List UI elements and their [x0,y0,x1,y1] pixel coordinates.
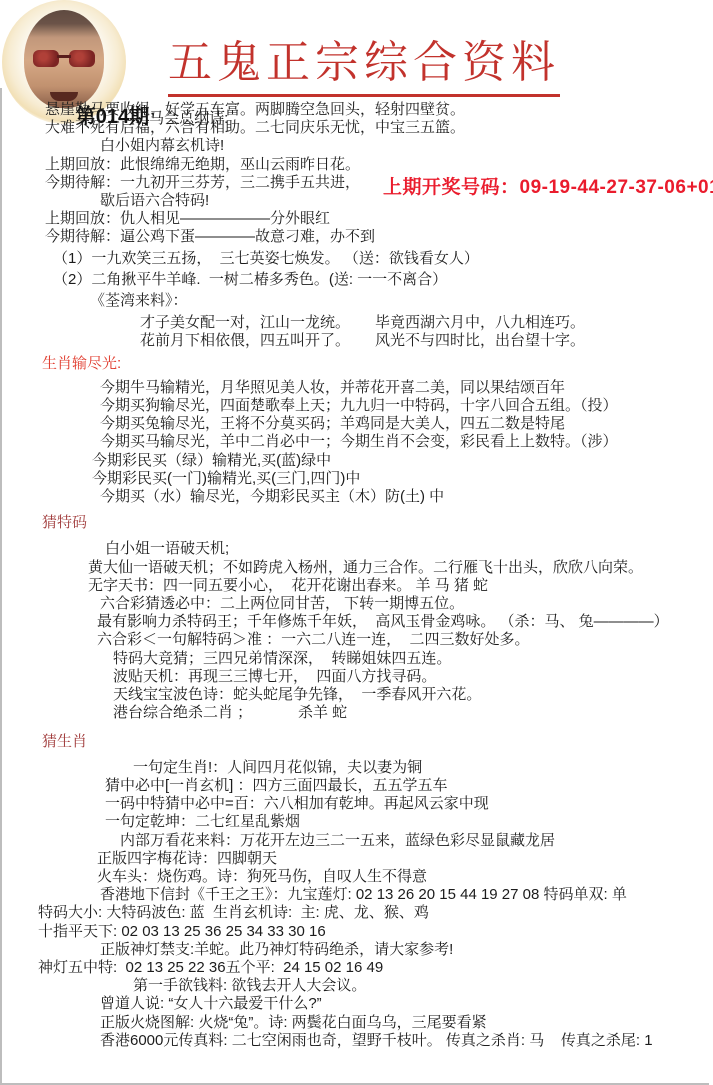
text-line: 特码大竞猜；三四兄弟情深深， 转睇姐妹四五连。 [113,650,711,668]
text-line: 无字天书：四一同五要小心， 花开花谢出春来。 羊 马 猪 蛇 [88,577,711,595]
text-line: 今期彩民买（绿）输精光,买(蓝)绿中 [92,452,711,470]
text-line: 上期回放：此恨绵绵无绝期，巫山云雨昨日花。 [45,156,711,174]
text-line: 正版火烧图解: 火烧“兔”。诗: 两鬓花白面乌乌，三尾要看紧 [100,1014,711,1032]
text-line: （1）一九欢笑三五扬， 三七英姿七焕发。 （送：欲钱看女人） [53,250,711,268]
text-line: 十指平天下: 02 03 13 25 36 25 34 33 30 16 [38,923,711,941]
text-line: 花前月下相依偎，四五叫开了。 风光不与四时比，出台望十字。 [140,332,711,350]
text-line: 今期待解：逼公鸡下蛋————故意刁难，办不到 [45,228,711,246]
text-line: 正版四字梅花诗：四脚朝天 [97,850,711,868]
text-line: 猜中必中[一肖玄机] ：四方三面四最长，五五学五车 [105,777,711,795]
text-line: 曾道人说: “女人十六最爱干什么?” [100,995,711,1013]
text-line: 波贴天机：再现三三博七开， 四面八方找寻码。 [113,668,711,686]
text-line: 歇后语六合特码! [100,192,711,210]
text-line: 生肖输尽光: [42,355,711,373]
text-line: 白小姐内幕玄机诗! [100,137,711,155]
text-line: 今期待解：一九初开三芬芳，三二携手五共进， [45,174,711,192]
text-line: 一句定乾坤：二七红星乱紫烟 [105,813,711,831]
text-line: 火车头：烧伤鸡。诗：狗死马伤，自叹人生不得意 [97,868,711,886]
text-line: 一句定生肖!：人间四月花似锦，夫以妻为铜 [133,759,711,777]
text-line: 《荃湾来料》： [90,292,711,310]
text-line: 一码中特猜中必中=百：六八相加有乾坤。再起风云家中现 [105,795,711,813]
text-line: 白小姐一语破天机; [105,540,711,558]
text-line: 第一手欲钱料: 欲钱去开人大会议。 [133,977,711,995]
text-line: 香港地下信封《千王之王》：九宝莲灯: 02 13 26 20 15 44 19 … [100,886,711,904]
text-line: 今期牛马输精光，月华照见美人妆，并蒂花开喜二美，同以果结颂百年 [100,379,711,397]
text-line: 今期买马输尽光，羊中二肖必中一；今期生肖不会变，彩民看上上数特。（涉） [100,433,711,451]
text-line: 港台综合绝杀二肖 ； 杀羊 蛇 [113,704,711,722]
text-line: （2）二角揪平牛羊峰. 一树二椿多秀色。(送: 一一不离合） [53,271,711,289]
text-line: 六合彩猜透必中：二上两位同甘苦， 下转一期博五位。 [100,595,711,613]
text-line: 今期彩民买(一门)输精光,买(三门,四门)中 [92,470,711,488]
text-line: 正版神灯禁支:羊蛇。此乃神灯特码绝杀，请大家参考! [100,941,711,959]
text-line: 才子美女配一对，江山一龙统。 毕竟西湖六月中，八九相连巧。 [140,314,711,332]
text-line: 上期回放：仇人相见——————分外眼红 [45,210,711,228]
lottery-info-sheet: 五鬼正宗综合资料 第014期马会总纲诗: 上期开奖号码：09-19-44-27-… [0,0,713,1085]
text-line: 特码大小: 大特码波色: 蓝 生肖玄机诗: 主: 虎、龙、猴、鸡 [38,904,711,922]
text-line: 今期买（水）输尽光，今期彩民买主（木）防(土) 中 [100,488,711,506]
text-line: 内部万看花来料：万花开左边三二一五来，蓝绿色彩尽显鼠藏龙居 [120,832,711,850]
text-line: 神灯五中特: 02 13 25 22 36五个平: 24 15 02 16 49 [38,959,711,977]
text-line: 香港6000元传真料: 二七空闲雨也奇，望野千枝叶。 传真之杀肖: 马 传真之杀… [100,1032,711,1050]
text-line: 最有影响力杀特码王；千年修炼千年妖， 高风玉骨金鸡咏。 （杀：马、 兔————） [97,613,711,631]
text-line: 今期买兔输尽光，王将不分莫买码；羊鸡同是大美人，四五二数是特尾 [100,415,711,433]
text-line: 大难不死有后福，六合有相助。二七同庆乐无忧，中宝三五篮。 [45,119,711,137]
red-glasses-icon [32,50,96,68]
page-left-border [0,88,2,1085]
text-line: 六合彩＜一句解特码＞准 ：一六二八连一连， 二四三数好处多。 [97,631,711,649]
text-line: 天线宝宝波色诗：蛇头蛇尾争先锋， 一季春风开六花。 [113,686,711,704]
text-line: 猜特码 [42,514,711,532]
body-lines: 悬崖勒马要收绳，好学五车富。两脚腾空急回头，轻射四壁贫。大难不死有后福，六合有相… [45,101,711,1050]
text-line: 今期买狗输尽光，四面楚歌奉上天；九九归一中特码，十字八回合五组。（投） [100,397,711,415]
text-line: 黄大仙一语破天机；不如跨虎入杨州，通力三合作。二行雁飞十出头，欣欣八向荣。 [88,559,711,577]
text-line: 猜生肖 [42,733,711,751]
text-line: 悬崖勒马要收绳，好学五车富。两脚腾空急回头，轻射四壁贫。 [45,101,711,119]
